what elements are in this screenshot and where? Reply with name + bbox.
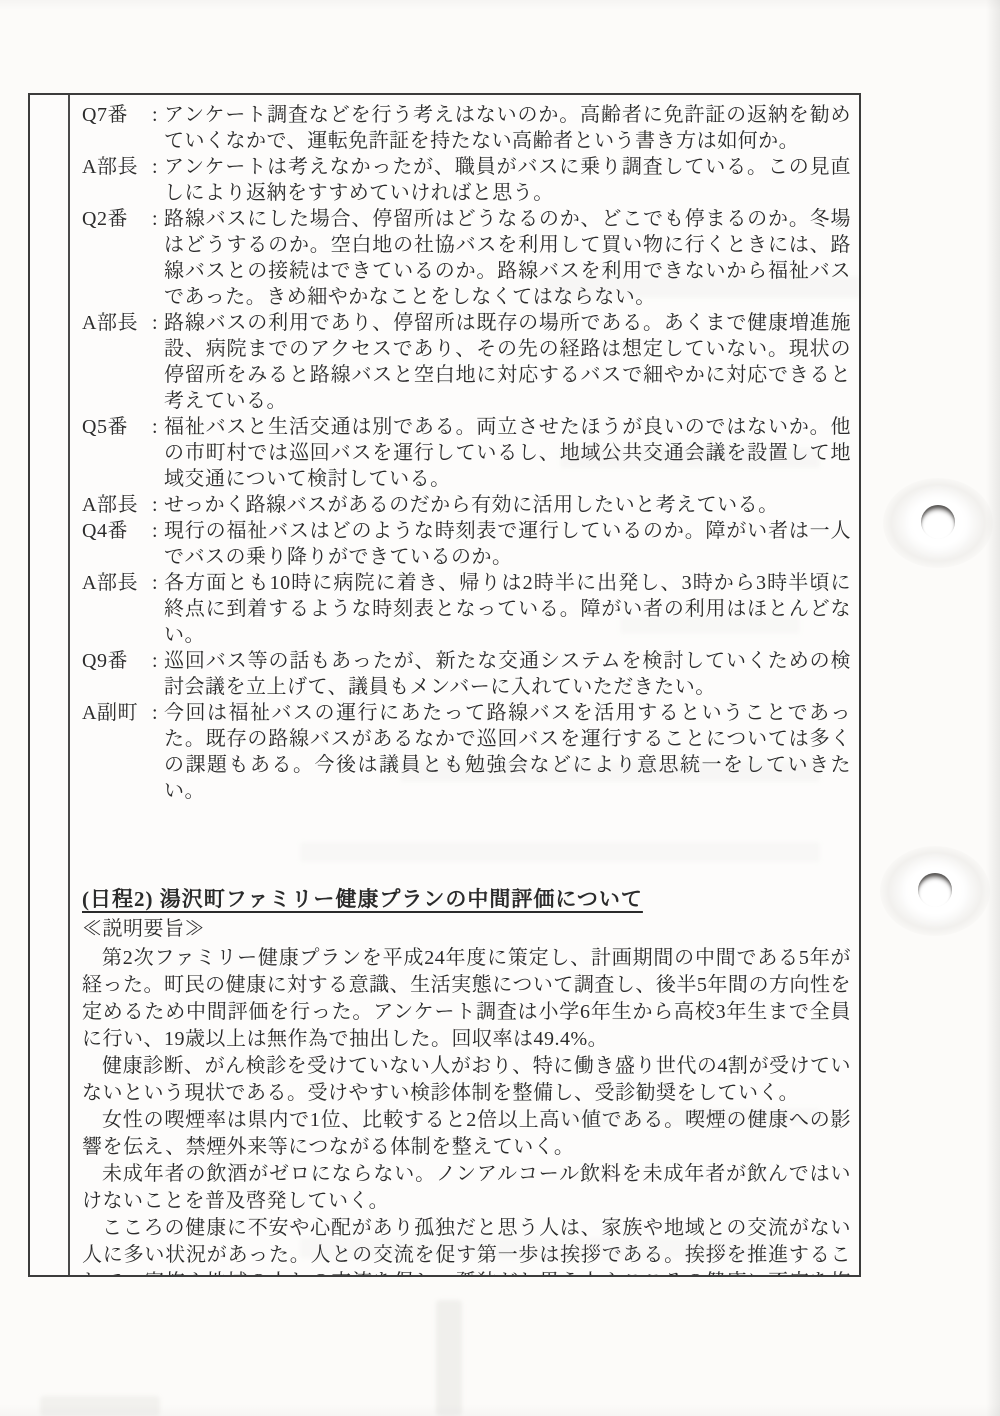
- qa-item: A部長 : 各方面とも10時に病院に着き、帰りは2時半に出発し、3時から3時半頃…: [82, 570, 851, 648]
- qa-item: A部長 : アンケートは考えなかったが、職員がバスに乗り調査している。この見直し…: [82, 154, 851, 206]
- speaker-colon: :: [146, 310, 164, 336]
- qa-item: Q4番 : 現行の福祉バスはどのような時刻表で運行しているのか。障がい者は一人で…: [82, 518, 851, 570]
- speaker-colon: :: [146, 518, 164, 544]
- qa-item: A部長 : 路線バスの利用であり、停留所は既存の場所である。あくまで健康増進施設…: [82, 310, 851, 414]
- speech-text: 現行の福祉バスはどのような時刻表で運行しているのか。障がい者は一人でバスの乗り降…: [164, 518, 851, 570]
- qa-item: Q7番 : アンケート調査などを行う考えはないのか。高齢者に免許証の返納を勧めて…: [82, 102, 851, 154]
- speaker-colon: :: [146, 154, 164, 180]
- agenda2-paragraph: こころの健康に不安や心配があり孤独だと思う人は、家族や地域との交流がない人に多い…: [82, 1215, 851, 1275]
- speech-text: せっかく路線バスがあるのだから有効に活用したいと考えている。: [164, 492, 851, 518]
- speaker-label: Q2番: [82, 206, 146, 232]
- speaker-colon: :: [146, 700, 164, 726]
- speaker-label: Q4番: [82, 518, 146, 544]
- punch-hole: [921, 505, 955, 539]
- agenda2-paragraph: 第2次ファミリー健康プランを平成24年度に策定し、計画期間の中間である5年が経っ…: [82, 945, 851, 1053]
- agenda2-paragraph: 女性の喫煙率は県内で1位、比較すると2倍以上高い値である。喫煙の健康への影響を伝…: [82, 1107, 851, 1161]
- speech-text: アンケート調査などを行う考えはないのか。高齢者に免許証の返納を勧めていくなかで、…: [164, 102, 851, 154]
- speech-text: 今回は福祉バスの運行にあたって路線バスを活用するということであった。既存の路線バ…: [164, 700, 851, 804]
- speaker-colon: :: [146, 414, 164, 440]
- speaker-colon: :: [146, 570, 164, 596]
- speech-text: 福祉バスと生活交通は別である。両立させたほうが良いのではないか。他の市町村では巡…: [164, 414, 851, 492]
- agenda2-subheading: ≪説明要旨≫: [82, 916, 851, 943]
- qa-item: Q5番 : 福祉バスと生活交通は別である。両立させたほうが良いのではないか。他の…: [82, 414, 851, 492]
- qa-item: Q9番 : 巡回バス等の話もあったが、新たな交通システムを検討していくための検討…: [82, 648, 851, 700]
- speaker-colon: :: [146, 102, 164, 128]
- qa-section: Q7番 : アンケート調査などを行う考えはないのか。高齢者に免許証の返納を勧めて…: [82, 102, 851, 804]
- qa-item: A部長 : せっかく路線バスがあるのだから有効に活用したいと考えている。: [82, 492, 851, 518]
- speech-text: 各方面とも10時に病院に着き、帰りは2時半に出発し、3時から3時半頃に終点に到着…: [164, 570, 851, 648]
- speaker-label: Q7番: [82, 102, 146, 128]
- agenda2-paragraphs: 第2次ファミリー健康プランを平成24年度に策定し、計画期間の中間である5年が経っ…: [82, 945, 851, 1275]
- speech-text: 巡回バス等の話もあったが、新たな交通システムを検討していくための検討会議を立上げ…: [164, 648, 851, 700]
- agenda2-section: (日程2) 湯沢町ファミリー健康プランの中間評価について ≪説明要旨≫ 第2次フ…: [82, 886, 851, 1275]
- speech-text: 路線バスの利用であり、停留所は既存の場所である。あくまで健康増進施設、病院までの…: [164, 310, 851, 414]
- speaker-label: Q5番: [82, 414, 146, 440]
- minutes-table-frame: Q7番 : アンケート調査などを行う考えはないのか。高齢者に免許証の返納を勧めて…: [28, 93, 861, 1277]
- agenda2-paragraph: 未成年者の飲酒がゼロにならない。ノンアルコール飲料を未成年者が飲んではいけないこ…: [82, 1161, 851, 1215]
- speaker-colon: :: [146, 206, 164, 232]
- agenda2-paragraph: 健康診断、がん検診を受けていない人がおり、特に働き盛り世代の4割が受けていないと…: [82, 1053, 851, 1107]
- scan-artifact: [40, 1396, 160, 1416]
- speech-text: 路線バスにした場合、停留所はどうなるのか、どこでも停まるのか。冬場はどうするのか…: [164, 206, 851, 310]
- minutes-content: Q7番 : アンケート調査などを行う考えはないのか。高齢者に免許証の返納を勧めて…: [70, 95, 859, 1275]
- speaker-label: A部長: [82, 310, 146, 336]
- speaker-label: A部長: [82, 492, 146, 518]
- agenda2-heading: (日程2) 湯沢町ファミリー健康プランの中間評価について: [82, 886, 851, 913]
- table-gutter-column: [30, 95, 70, 1275]
- qa-item: Q2番 : 路線バスにした場合、停留所はどうなるのか、どこでも停まるのか。冬場は…: [82, 206, 851, 310]
- speaker-label: A部長: [82, 154, 146, 180]
- scan-artifact: [436, 1300, 462, 1416]
- speaker-colon: :: [146, 492, 164, 518]
- speaker-label: A部長: [82, 570, 146, 596]
- punch-hole: [918, 873, 952, 907]
- speaker-label: Q9番: [82, 648, 146, 674]
- speech-text: アンケートは考えなかったが、職員がバスに乗り調査している。この見直しにより返納を…: [164, 154, 851, 206]
- qa-item: A副町 : 今回は福祉バスの運行にあたって路線バスを活用するということであった。…: [82, 700, 851, 804]
- speaker-colon: :: [146, 648, 164, 674]
- scanned-document-page: { "page": { "kind": "scanned meeting min…: [0, 0, 1000, 1416]
- speaker-label: A副町: [82, 700, 146, 726]
